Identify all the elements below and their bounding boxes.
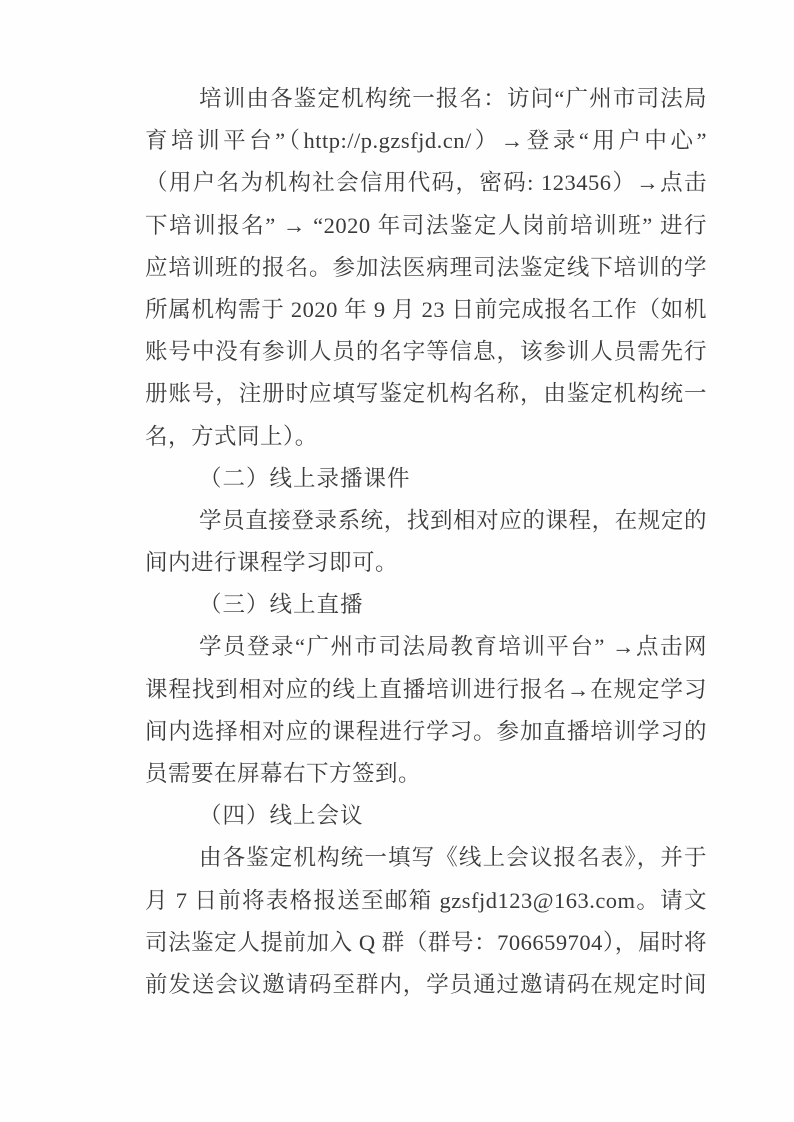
text-line: 学员登录“广州市司法局教育培训平台” →点击网上 bbox=[145, 626, 707, 668]
text-line: 下培训报名” → “2020 年司法鉴定人岗前培训班” 进行相 bbox=[145, 205, 707, 247]
text-column: 培训由各鉴定机构统一报名：访问“广州市司法局教 育培训平台”（http://p.… bbox=[145, 78, 707, 1006]
text-line: 应培训班的报名。参加法医病理司法鉴定线下培训的学员 bbox=[145, 247, 707, 289]
document-page: 培训由各鉴定机构统一报名：访问“广州市司法局教 育培训平台”（http://p.… bbox=[0, 0, 794, 1122]
text-line: 名，方式同上）。 bbox=[145, 416, 707, 458]
text-line: 由各鉴定机构统一填写《线上会议报名表》，并于 10 bbox=[145, 837, 707, 879]
text-line: 培训由各鉴定机构统一报名：访问“广州市司法局教 bbox=[145, 78, 707, 120]
text-line: 间内进行课程学习即可。 bbox=[145, 542, 707, 584]
text-line: 册账号，注册时应填写鉴定机构名称，由鉴定机构统一报 bbox=[145, 373, 707, 415]
text-line: 前发送会议邀请码至群内，学员通过邀请码在规定时间内 bbox=[145, 964, 707, 1006]
section-heading: （四）线上会议 bbox=[145, 795, 707, 837]
text-line: 学员直接登录系统，找到相对应的课程，在规定的时 bbox=[145, 500, 707, 542]
text-line: 月 7 日前将表格报送至邮箱 gzsfjd123@163.com。请文书 bbox=[145, 880, 707, 922]
text-line: 员需要在屏幕右下方签到。 bbox=[145, 753, 707, 795]
text-line: （用户名为机构社会信用代码，密码: 123456）→点击“线 bbox=[145, 162, 707, 204]
text-line: 账号中没有参训人员的名字等信息，该参训人员需先行注 bbox=[145, 331, 707, 373]
section-heading: （三）线上直播 bbox=[145, 584, 707, 626]
text-line: 间内选择相对应的课程进行学习。参加直播培训学习的人 bbox=[145, 711, 707, 753]
text-line: 课程找到相对应的线上直播培训进行报名→在规定学习时 bbox=[145, 669, 707, 711]
text-line: 司法鉴定人提前加入 Q 群（群号：706659704），届时将提 bbox=[145, 922, 707, 964]
section-heading: （二）线上录播课件 bbox=[145, 458, 707, 500]
text-line: 育培训平台”（http://p.gzsfjd.cn/）→登录“用户中心” bbox=[145, 120, 707, 162]
text-line: 所属机构需于 2020 年 9 月 23 日前完成报名工作（如机构 bbox=[145, 289, 707, 331]
